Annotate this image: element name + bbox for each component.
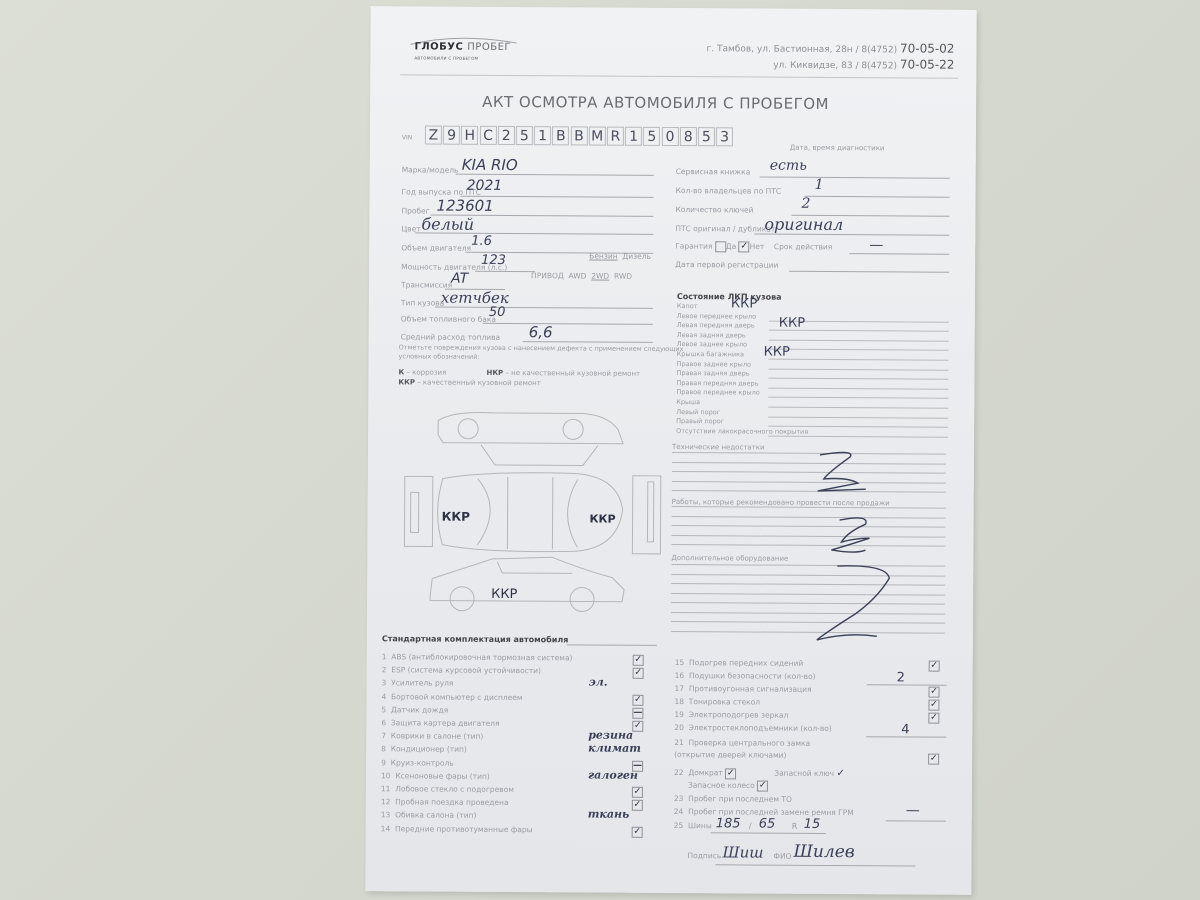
paint-item-label: Крышка багажника [677,350,744,358]
legend-note: Отметьте повреждения кузова с нанесением… [399,343,689,363]
equipment-item-label: 11 Лобовое стекло с подогревом [381,784,514,794]
field-label: Количество ключей [675,205,753,214]
legend-poor-repair: НКР – не качественный кузовной ремонт [486,369,640,378]
field-value: 123 [481,253,506,268]
paint-item-label: Левое переднее крыло [677,312,756,320]
equipment-list-right: 15 Подогрев передних сидений✓16 Подушки … [371,6,977,10]
equipment-item-checkbox[interactable]: ✓ [632,800,643,811]
equipment-item-checkbox[interactable]: ✓ [929,661,940,672]
crossed-out-stroke-1-icon [808,449,878,499]
field-value: 50 [489,305,506,320]
contact-line-2: ул. Киквидзе, 83 / 8(4752) 70-05-22 [706,56,954,74]
vin-char-box: M [589,126,606,145]
paint-item-label: Левая задняя дверь [677,331,746,339]
paint-condition-list: КапотККРЛевое переднее крылоЛевая передн… [371,6,977,10]
paint-item-label: Крыша [676,398,700,406]
equipment-item-label: 9 Круиз-контроль [381,758,454,767]
equipment-item-label: 18 Тонировка стекол [674,697,760,707]
full-name-value: Шилев [793,842,854,862]
vin-char-box: 5 [516,126,533,145]
vehicle-info-fields: Марка/модельKIA RIOГод выпуска по ПТС202… [371,6,977,10]
spare-wheel-row: Запасное колесо ✓ [688,780,768,791]
tech-defects-label: Технические недостатки [672,443,765,452]
signature-value: Шиш [722,843,763,861]
equipment-item-value: климат [588,742,641,755]
equipment-item-label: 20 Электростеклоподъемники (кол-во) [674,723,832,733]
jack-checkbox[interactable]: ✓ [725,768,736,779]
paint-item-label: Правое заднее крыло [677,360,751,368]
additional-equipment-label: Дополнительное оборудование [671,554,788,563]
vin-char-box: 0 [661,127,678,146]
spare-wheel-checkbox[interactable]: ✓ [757,781,768,792]
equipment-item-checkbox[interactable]: ✓ [928,713,939,724]
document-info-fields: Сервисная книжкаестьКол-во владельцев по… [371,6,977,10]
field-label: Объем двигателя [401,243,471,252]
paint-item-label: Правая передняя дверь [676,379,758,388]
equipment-item-label: 14 Передние противотуманные фары [381,824,533,834]
vin-char-box: H [461,126,478,145]
timing-belt-value: — [906,802,920,818]
paint-item-label: Отсутствие лакокрасочного покрытия [676,427,808,436]
vin-char-box: 9 [443,126,460,145]
warranty-yes-checkbox[interactable] [715,241,726,252]
equipment-item-label: 21 Проверка центрального замка (открытие… [674,737,844,762]
car-body-diagram [392,408,663,615]
paint-item-label: Правая задняя дверь [676,369,749,377]
field-value: AT [451,271,468,287]
equipment-item-label: 5 Датчик дождя [381,705,448,714]
equipment-item-value: резина [588,729,633,742]
equipment-item-checkbox[interactable]: ✓ [928,687,939,698]
drive-options: ПРИВОД AWD 2WD RWD [531,271,632,281]
tire-radius: 15 [804,817,821,832]
vin-char-box: 8 [680,127,697,146]
warranty-no-checkbox[interactable]: ✓ [739,241,750,252]
equipment-item-25: 25 Шины [674,821,712,830]
equipment-item-label: 7 Коврики в салоне (тип) [381,731,483,741]
field-value: белый [421,214,474,233]
equipment-item-label: 3 Усилитель руля [382,679,454,688]
full-name-label: ФИО [773,852,791,861]
tire-width: 185 [716,816,741,831]
equipment-item-23: 23 Пробег при последнем ТО [674,794,792,804]
equipment-list-left: 1 ABS (антиблокировочная тормозная систе… [371,6,977,10]
company-tagline: АВТОМОБИЛИ С ПРОБЕГОМ [414,55,478,60]
equipment-item-value: 4 [901,722,909,737]
field-label: Кол-во владельцев по ПТС [676,186,782,196]
signature-label: Подпись [687,851,721,860]
equipment-item-label: 6 Защита картера двигателя [381,718,499,728]
field-label: Объем топливного бака [401,314,496,324]
equipment-item-label: 2 ESP (система курсовой устойчивости) [382,665,541,675]
equipment-item-checkbox[interactable]: — [632,708,643,719]
paint-item-label: Капот [677,302,698,310]
equipment-item-label: 4 Бортовой компьютер с дисплеем [381,692,522,702]
equipment-item-checkbox[interactable]: ✓ [632,787,643,798]
field-value: 2021 [467,178,503,194]
equipment-item-value: галоген [588,768,638,781]
inspection-act-document: ГЛОБУС ПРОБЕГ АВТОМОБИЛИ С ПРОБЕГОМ г. Т… [365,6,976,895]
first-registration-label: Дата первой регистрации [675,260,778,270]
paint-condition-title: Состояние ЛКП кузова [677,292,782,302]
equipment-item-checkbox[interactable]: ✓ [632,826,643,837]
equipment-item-value: 2 [897,670,905,685]
field-label: Марка/модель [402,165,459,174]
field-label: Средний расход топлива [401,332,501,342]
equipment-item-checkbox[interactable]: ✓ [632,721,643,732]
paint-item-label: Правое переднее крыло [676,388,759,397]
equipment-item-label: 17 Противоугонная сигнализация [675,684,812,694]
equipment-item-checkbox[interactable]: ✓ [928,754,939,765]
equipment-item-label: 19 Электроподогрев зеркал [674,710,788,720]
equipment-item-checkbox[interactable]: ✓ [632,694,643,705]
vin-char-box: Z [425,125,442,144]
diagnostics-date-label: Дата, время диагностики [790,144,885,153]
field-value: есть [770,158,807,174]
vin-char-box: 1 [534,126,551,145]
company-logo: ГЛОБУС ПРОБЕГ [414,41,511,53]
equipment-item-label: 1 ABS (антиблокировочная тормозная систе… [382,652,573,662]
equipment-item-label: 8 Кондиционер (тип) [381,745,467,755]
equipment-item-checkbox[interactable]: ✓ [633,655,644,666]
vin-char-box: B [552,126,569,145]
diagram-mark-rear: ККР [590,513,616,526]
vin-char-box: 5 [698,127,715,146]
field-value: оригинал [764,215,843,234]
field-value: KIA RIO [462,156,518,174]
legend-corrosion: К – коррозия [398,368,446,376]
paint-item-label: Левый порог [676,408,720,416]
field-value: 1 [815,177,824,193]
vin-label: VIN [402,134,412,141]
equipment-item-checkbox[interactable]: ✓ [633,668,644,679]
vin-char-box: C [479,126,496,145]
paint-item-value: ККР [731,296,757,311]
paint-item-label: Левое заднее крыло [677,340,747,348]
field-value: 2 [801,196,810,212]
paint-item-label: Правый порог [676,417,724,425]
equipment-title: Стандартная комплектация автомобиля [382,634,569,644]
paint-item-value: ККР [764,345,790,360]
equipment-item-value: ткань [588,808,630,821]
equipment-item-label: 10 Ксеноновые фары (тип) [381,771,490,781]
vin-char-box: B [570,126,587,145]
paint-item-value: ККР [779,316,805,331]
crossed-out-stroke-3-icon [807,562,908,648]
legend-quality-repair: ККР – качественный кузовной ремонт [398,378,540,387]
diagram-mark-front: ККР [442,510,471,524]
vin-boxes: Z9HC251BBMR150853 [425,125,735,147]
document-title: АКТ ОСМОТРА АВТОМОБИЛЯ С ПРОБЕГОМ [482,93,829,113]
field-value: 6,6 [529,323,553,341]
equipment-item-label: 16 Подушки безопасности (кол-во) [675,671,816,681]
vin-char-box: 2 [498,126,515,145]
vin-char-box: R [607,127,624,146]
equipment-item-label: 13 Обивка салона (тип) [381,811,477,821]
crossed-out-stroke-2-icon [825,514,895,559]
fuel-options: Бензин Дизель [589,251,651,260]
wheel-key-check: ✓ [836,768,844,779]
diagram-mark-side: ККР [491,587,517,602]
paint-item-label: Левая передняя дверь [677,321,755,329]
contact-line-1: г. Тамбов, ул. Бастионная, 28н / 8(4752)… [707,40,955,58]
vin-char-box: 1 [625,127,642,146]
vin-char-box: 5 [643,127,660,146]
equipment-item-label: 15 Подогрев передних сидений [675,658,804,668]
warranty-term-value: — [869,237,883,253]
equipment-item-checkbox[interactable]: ✓ [928,700,939,711]
equipment-item-value: эл. [589,676,608,689]
vin-char-box: 3 [716,127,733,146]
equipment-item-22: 22 Домкрат ✓ Запасной ключ ✓ [674,767,845,780]
field-value: 1.6 [471,234,492,249]
field-label: ПТС оригинал / дубликат [675,224,775,234]
equipment-item-label: 12 Пробная поездка проведена [381,797,509,807]
field-label: Сервисная книжка [676,167,751,176]
company-contacts: г. Тамбов, ул. Бастионная, 28н / 8(4752)… [706,40,954,74]
warranty-row: Гарантия Да ✓Нет Срок действия [675,241,832,253]
tire-profile: 65 [759,817,776,832]
field-value: 123601 [436,197,493,215]
